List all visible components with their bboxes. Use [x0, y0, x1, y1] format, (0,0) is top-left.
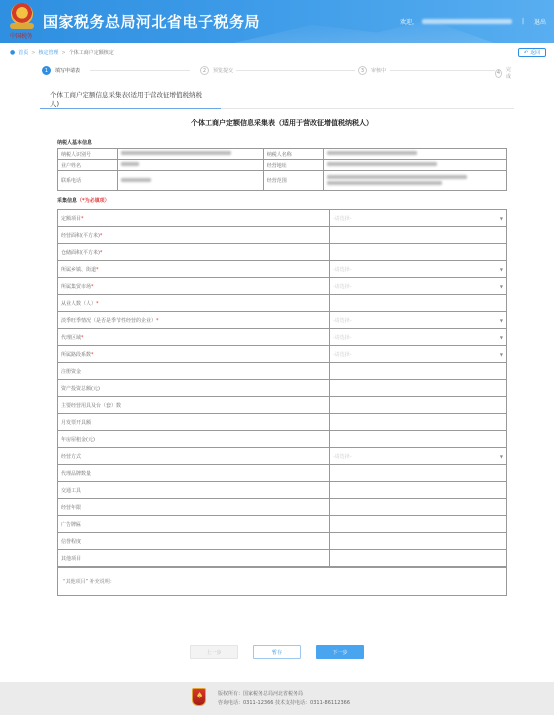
field-input[interactable]	[330, 516, 507, 533]
field-label-text: 信誉程度	[61, 539, 81, 545]
table-row: 代理品牌数量	[58, 465, 507, 482]
table-row: 所属集贸市场*-请选择-▼	[58, 278, 507, 295]
field-label: 信誉程度	[58, 533, 330, 550]
table-row: 注册资金	[58, 363, 507, 380]
field-input[interactable]	[330, 465, 507, 482]
table-row: 年房屋租金(元)	[58, 431, 507, 448]
chevron-down-icon: ▼	[500, 284, 503, 289]
field-label: 广告牌匾	[58, 516, 330, 533]
breadcrumb-verification[interactable]: 核定管理	[38, 49, 58, 56]
field-label: 交通工具	[58, 482, 330, 499]
breadcrumb-separator: >	[61, 50, 65, 56]
field-select[interactable]: -请选择-▼	[330, 329, 507, 346]
collection-form: 个体工商户定额信息采集表（适用于营改征增值税纳税人） 纳税人基本信息 纳税人识别…	[57, 118, 507, 596]
back-button-label: 返回	[530, 49, 540, 56]
field-label-text: 经营面积(平方米)	[61, 233, 100, 239]
field-label-text: 经营年限	[61, 505, 81, 511]
required-note: （*为必填项）	[77, 198, 110, 204]
field-label: 经营方式	[58, 448, 330, 465]
step-number: 1	[42, 66, 51, 75]
field-label: 经营年限	[58, 499, 330, 516]
select-placeholder: -请选择-	[333, 317, 352, 324]
field-select[interactable]: -请选择-▼	[330, 346, 507, 363]
field-input[interactable]	[330, 244, 507, 261]
select-box[interactable]: -请选择-▼	[330, 317, 506, 324]
chevron-down-icon: ▼	[500, 352, 503, 357]
field-label-text: 代理区域	[61, 335, 81, 341]
emblem-seal-text: 中国税务	[10, 31, 32, 40]
field-label-text: 所属路段系数	[61, 352, 91, 358]
required-asterisk: *	[100, 250, 103, 256]
location-pin-icon: ●	[10, 49, 15, 56]
select-box[interactable]: -请选择-▼	[330, 334, 506, 341]
field-label: 注册资金	[58, 363, 330, 380]
breadcrumb: ● 首页 > 核定管理 > 个体工商户定额核定	[10, 49, 114, 56]
business-scope-value	[323, 171, 506, 191]
field-input[interactable]	[330, 380, 507, 397]
table-row: 交通工具	[58, 482, 507, 499]
required-asterisk: *	[81, 335, 84, 341]
footer-text: 版权所有：国家税务总局河北省税务局 咨询电话：0311-12366 技术支持电话…	[218, 690, 350, 708]
field-input[interactable]	[330, 482, 507, 499]
chevron-down-icon: ▼	[500, 216, 503, 221]
tax-emblem-logo: 中国税务	[8, 3, 36, 39]
field-select[interactable]: -请选择-▼	[330, 261, 507, 278]
field-label: 仓储面积(平方米)*	[58, 244, 330, 261]
chevron-down-icon: ▼	[500, 335, 503, 340]
table-row: 纳税人识别号 纳税人名称	[58, 149, 507, 160]
field-label-text: 广告牌匾	[61, 522, 81, 528]
required-asterisk: *	[100, 233, 103, 239]
business-address-label: 经营地址	[263, 160, 323, 171]
table-row: “其他项目” 补充说明：	[58, 568, 507, 596]
table-row: 定额项目*-请选择-▼	[58, 210, 507, 227]
step-label: 完成	[506, 66, 513, 80]
chevron-down-icon: ▼	[500, 318, 503, 323]
next-step-button[interactable]: 下一步	[316, 645, 364, 659]
field-label-text: 淡季旺季情况（是否是季节性经营的企业）	[61, 318, 156, 324]
required-asterisk: *	[156, 318, 159, 324]
phone-label: 联系电话	[58, 171, 118, 191]
field-label: 年房屋租金(元)	[58, 431, 330, 448]
other-items-note-field[interactable]: “其他项目” 补充说明：	[58, 568, 507, 596]
field-input[interactable]	[330, 414, 507, 431]
select-box[interactable]: -请选择-▼	[330, 266, 506, 273]
field-select[interactable]: -请选择-▼	[330, 278, 507, 295]
select-placeholder: -请选择-	[333, 215, 352, 222]
basic-info-section-title: 纳税人基本信息	[57, 139, 507, 148]
field-label: 代理品牌数量	[58, 465, 330, 482]
collect-section-title-text: 采集信息	[57, 198, 77, 204]
step-label: 填写申请表	[55, 67, 80, 74]
hotline-text: 咨询电话：0311-12366 技术支持电话：0311-86112366	[218, 699, 350, 708]
field-label: 经营面积(平方米)*	[58, 227, 330, 244]
select-placeholder: -请选择-	[333, 334, 352, 341]
field-input[interactable]	[330, 363, 507, 380]
field-input[interactable]	[330, 550, 507, 567]
form-actions: 上一步 暂存 下一步	[0, 645, 554, 659]
field-label: 代理区域*	[58, 329, 330, 346]
required-asterisk: *	[96, 301, 99, 307]
step-connector	[235, 70, 355, 71]
step-number: 3	[358, 66, 367, 75]
field-label: 定额项目*	[58, 210, 330, 227]
field-select[interactable]: -请选择-▼	[330, 448, 507, 465]
step-preview-submit: 2 预览提交	[200, 66, 236, 75]
step-label: 预览提交	[213, 67, 233, 74]
owner-name-value	[118, 160, 264, 171]
taxpayer-id-label: 纳税人识别号	[58, 149, 118, 160]
select-placeholder: -请选择-	[333, 283, 352, 290]
step-complete: 4 完成	[495, 66, 516, 80]
step-fill-form: 1 填写申请表	[42, 66, 83, 75]
prev-step-button[interactable]: 上一步	[190, 645, 238, 659]
step-number: 4	[495, 69, 502, 78]
table-row: 经营方式-请选择-▼	[58, 448, 507, 465]
field-label: 资产投资总额(元)	[58, 380, 330, 397]
field-label-text: 所属集贸市场	[61, 284, 91, 290]
field-input[interactable]	[330, 533, 507, 550]
user-bar: 欢迎， | 退出	[400, 17, 546, 26]
taxpayer-name-label: 纳税人名称	[263, 149, 323, 160]
business-address-value	[323, 160, 506, 171]
field-input[interactable]	[330, 227, 507, 244]
table-row: 联系电话 经营范围	[58, 171, 507, 191]
step-connector	[90, 70, 190, 71]
step-number: 2	[200, 66, 209, 75]
field-label: 其他项目	[58, 550, 330, 567]
step-label: 审核中	[371, 67, 386, 74]
table-row: 月发票开具额	[58, 414, 507, 431]
field-label: 月发票开具额	[58, 414, 330, 431]
field-label: 所属乡镇、街道*	[58, 261, 330, 278]
form-tabs: 个体工商户定额信息采集表(适用于营改征增值税纳税人)	[40, 89, 514, 109]
breadcrumb-bar: ● 首页 > 核定管理 > 个体工商户定额核定 ↶ 返回	[0, 46, 554, 60]
field-label-text: 代理品牌数量	[61, 471, 91, 477]
field-label-text: 资产投资总额(元)	[61, 386, 100, 392]
emblem-disc-icon	[11, 3, 33, 25]
field-label-text: 所属乡镇、街道	[61, 267, 96, 273]
taxpayer-id-value	[118, 149, 264, 160]
site-footer: ♠ 版权所有：国家税务总局河北省税务局 咨询电话：0311-12366 技术支持…	[0, 682, 554, 715]
field-label-text: 年房屋租金(元)	[61, 437, 95, 443]
table-row: 经营年限	[58, 499, 507, 516]
table-row: 所属乡镇、街道*-请选择-▼	[58, 261, 507, 278]
table-row: 资产投资总额(元)	[58, 380, 507, 397]
required-asterisk: *	[96, 267, 99, 273]
table-row: 淡季旺季情况（是否是季节性经营的企业）*-请选择-▼	[58, 312, 507, 329]
logout-link[interactable]: 退出	[534, 17, 546, 26]
breadcrumb-current: 个体工商户定额核定	[69, 49, 114, 56]
user-name-redacted	[422, 19, 512, 24]
required-asterisk: *	[91, 352, 94, 358]
note-table: “其他项目” 补充说明：	[57, 567, 507, 596]
field-label-text: 注册资金	[61, 369, 81, 375]
welcome-label: 欢迎，	[400, 17, 418, 26]
field-label: 所属集贸市场*	[58, 278, 330, 295]
step-connector	[390, 70, 495, 71]
site-header: 中国税务 国家税务总局河北省电子税务局 欢迎， | 退出	[0, 0, 554, 43]
field-label-text: 仓储面积(平方米)	[61, 250, 100, 256]
table-row: 广告牌匾	[58, 516, 507, 533]
business-scope-label: 经营范围	[263, 171, 323, 191]
tax-badge-icon: ♠	[192, 688, 206, 706]
table-row: 从业人数（人）*	[58, 295, 507, 312]
table-row: 主要经营用具及台（套）数	[58, 397, 507, 414]
select-placeholder: -请选择-	[333, 351, 352, 358]
userbar-separator: |	[522, 18, 524, 25]
phone-value	[118, 171, 264, 191]
table-row: 经营面积(平方米)*	[58, 227, 507, 244]
field-label: 淡季旺季情况（是否是季节性经营的企业）*	[58, 312, 330, 329]
step-under-review: 3 审核中	[358, 66, 389, 75]
field-label-text: 月发票开具额	[61, 420, 91, 426]
select-placeholder: -请选择-	[333, 266, 352, 273]
owner-name-label: 业户姓名	[58, 160, 118, 171]
copyright-text: 版权所有：国家税务总局河北省税务局	[218, 690, 350, 699]
field-label-text: 经营方式	[61, 454, 81, 460]
field-input[interactable]	[330, 431, 507, 448]
chevron-down-icon: ▼	[500, 454, 503, 459]
table-row: 所属路段系数*-请选择-▼	[58, 346, 507, 363]
tab-info-collection-form[interactable]: 个体工商户定额信息采集表(适用于营改征增值税纳税人)	[40, 89, 221, 109]
taxpayer-name-value	[323, 149, 506, 160]
field-label: 从业人数（人）*	[58, 295, 330, 312]
breadcrumb-home[interactable]: 首页	[18, 49, 28, 56]
table-row: 信誉程度	[58, 533, 507, 550]
field-label-text: 定额项目	[61, 216, 81, 222]
basic-info-table: 纳税人识别号 纳税人名称 业户姓名 经营地址 联系电话 经营范围	[57, 148, 507, 191]
field-label-text: 从业人数（人）	[61, 301, 96, 307]
table-row: 业户姓名 经营地址	[58, 160, 507, 171]
field-input[interactable]	[330, 397, 507, 414]
field-input[interactable]	[330, 295, 507, 312]
chevron-down-icon: ▼	[500, 267, 503, 272]
field-label-text: 主要经营用具及台（套）数	[61, 403, 121, 409]
return-icon: ↶	[524, 50, 528, 56]
field-label: 主要经营用具及台（套）数	[58, 397, 330, 414]
select-box[interactable]: -请选择-▼	[330, 215, 506, 222]
back-button[interactable]: ↶ 返回	[518, 48, 546, 57]
table-row: 其他项目	[58, 550, 507, 567]
table-row: 仓储面积(平方米)*	[58, 244, 507, 261]
field-label: 所属路段系数*	[58, 346, 330, 363]
progress-steps: 1 填写申请表 2 预览提交 3 审核中 4 完成	[40, 63, 514, 85]
collect-info-section-title: 采集信息（*为必填项）	[57, 197, 507, 206]
save-draft-button[interactable]: 暂存	[253, 645, 301, 659]
field-label-text: 交通工具	[61, 488, 81, 494]
field-input[interactable]	[330, 499, 507, 516]
site-title: 国家税务总局河北省电子税务局	[43, 11, 260, 32]
field-label-text: 其他项目	[61, 556, 81, 562]
required-asterisk: *	[91, 284, 94, 290]
collect-info-table: 定额项目*-请选择-▼经营面积(平方米)*仓储面积(平方米)*所属乡镇、街道*-…	[57, 209, 507, 567]
required-asterisk: *	[81, 216, 84, 222]
select-box[interactable]: -请选择-▼	[330, 283, 506, 290]
field-select[interactable]: -请选择-▼	[330, 210, 507, 227]
field-select[interactable]: -请选择-▼	[330, 312, 507, 329]
form-title: 个体工商户定额信息采集表（适用于营改征增值税纳税人）	[57, 118, 507, 132]
select-placeholder: -请选择-	[333, 453, 352, 460]
emblem-base-icon	[10, 23, 34, 29]
breadcrumb-separator: >	[31, 50, 35, 56]
select-box[interactable]: -请选择-▼	[330, 351, 506, 358]
select-box[interactable]: -请选择-▼	[330, 453, 506, 460]
table-row: 代理区域*-请选择-▼	[58, 329, 507, 346]
